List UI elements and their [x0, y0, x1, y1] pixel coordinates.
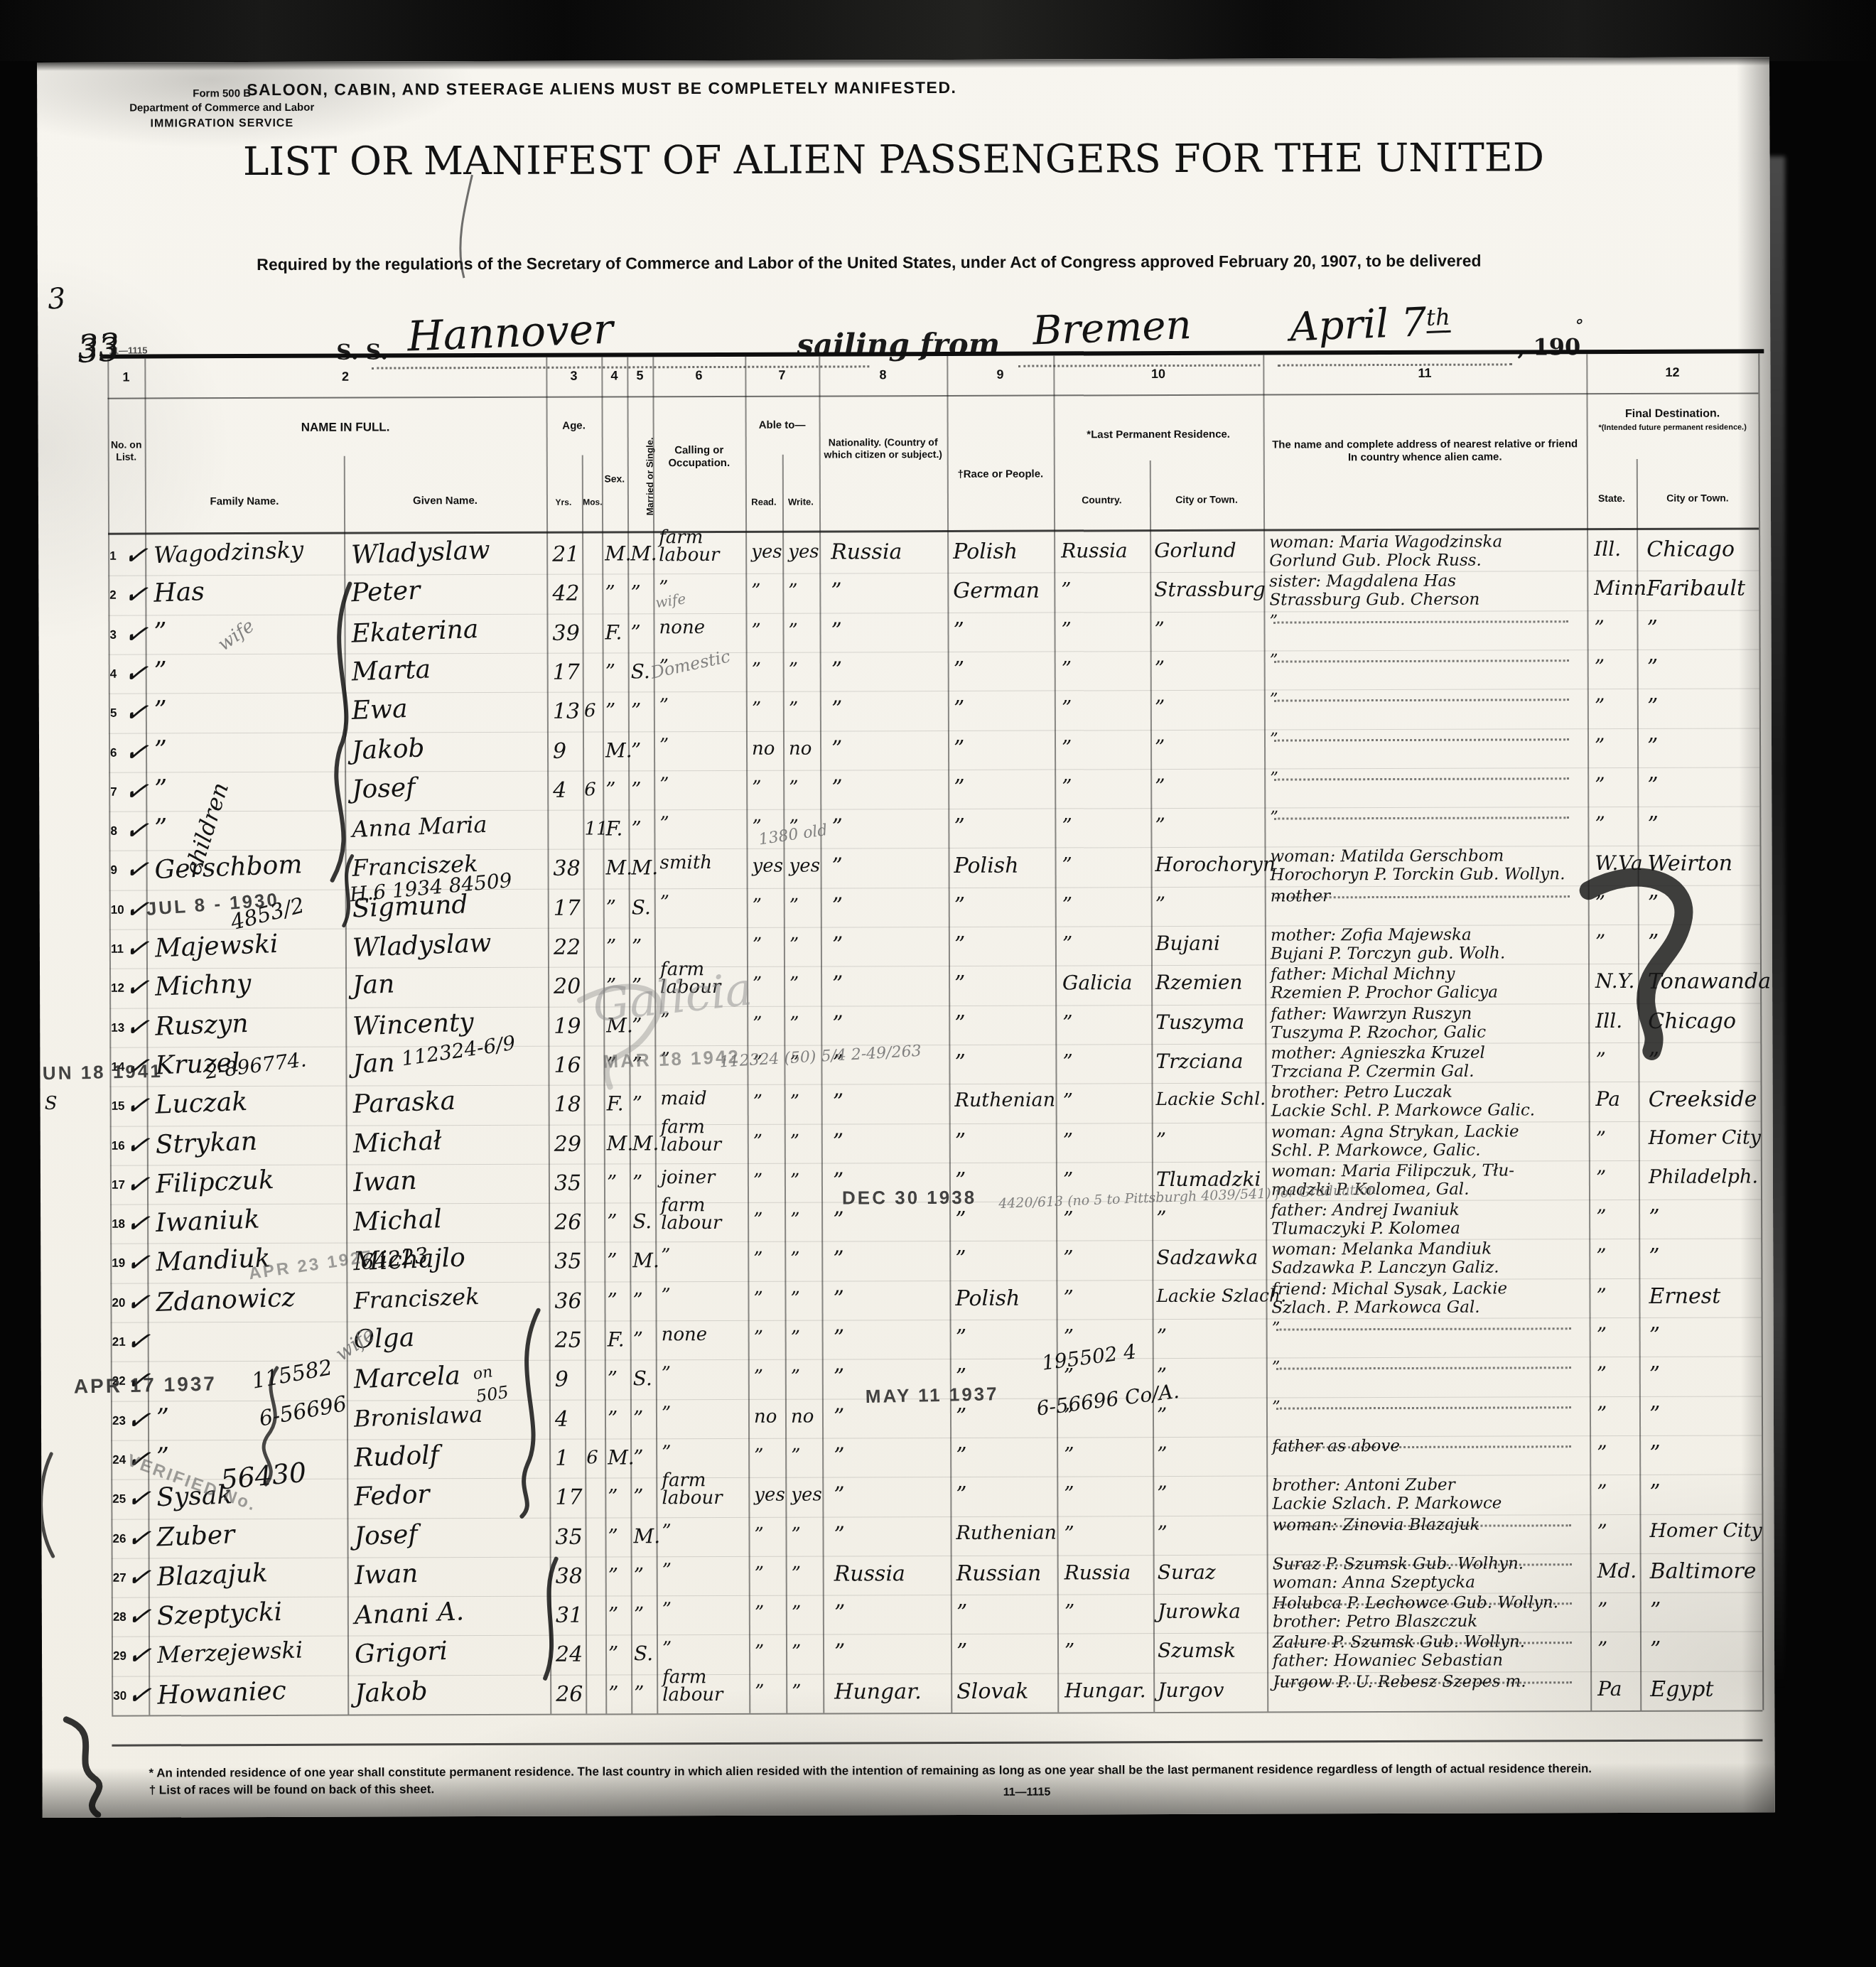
cell-sex: ”: [607, 1249, 617, 1273]
cell-sex: ”: [608, 1367, 618, 1391]
row-checkmark: ✓: [124, 1481, 152, 1516]
cell-read: yes: [753, 856, 784, 877]
cell-relative-line1: brother: Antoni Zuber: [1272, 1476, 1455, 1495]
cell-family-name: Howaniec: [156, 1676, 286, 1710]
cell-residence-country: ”: [1063, 1207, 1073, 1231]
relative-dotted-leader: [1274, 817, 1569, 819]
cell-relative-line1: brother: Petro Luczak: [1271, 1083, 1453, 1102]
cell-given-name: Rudolf: [353, 1440, 439, 1473]
cell-destination-state: ”: [1595, 694, 1605, 718]
form-department: Department of Commerce and Labor: [94, 102, 350, 114]
header-race: †Race or People.: [947, 468, 1054, 481]
cell-write: ”: [792, 1563, 801, 1584]
cell-destination-state: ”: [1597, 1441, 1607, 1465]
passenger-row-1: 1✓WagodzinskyWladyslaw21M.M.farm laboury…: [38, 531, 1759, 576]
cell-age-years: 1: [555, 1446, 568, 1471]
cell-residence-city: Bujani: [1155, 932, 1220, 955]
cell-sex: ”: [608, 1642, 618, 1666]
cell-residence-country: ”: [1062, 932, 1072, 955]
cell-residence-city: Jurgov: [1158, 1678, 1224, 1701]
row-checkmark: ✓: [124, 1245, 151, 1281]
cell-calling: ”: [661, 1248, 670, 1266]
column-number-1: 1: [107, 370, 144, 385]
cell-sex: ”: [606, 895, 616, 919]
cell-sex: ”: [607, 1288, 617, 1312]
cell-nationality: ”: [834, 1365, 844, 1390]
column-number-2: 2: [144, 369, 546, 385]
cell-calling: farm labour: [662, 1669, 723, 1704]
cell-nationality: ”: [833, 1286, 843, 1311]
cell-given-name: Michał: [352, 1126, 442, 1159]
cell-race: ”: [954, 696, 964, 721]
relative-dotted-leader: [1274, 777, 1569, 780]
cell-given-name: Wladyslaw: [350, 536, 490, 570]
row-checkmark: ✓: [125, 1677, 153, 1713]
cell-destination-state: Pa: [1596, 1087, 1620, 1111]
row-checkmark: ✓: [122, 813, 150, 848]
cell-residence-country: ”: [1062, 657, 1072, 680]
cell-destination-state: ”: [1597, 1637, 1607, 1661]
cell-relative-line2: Sadzawka P. Lanczyn Galiz.: [1271, 1259, 1499, 1278]
cell-age-years: 24: [556, 1642, 583, 1667]
cell-race: ”: [953, 618, 964, 642]
cell-race: Russian: [956, 1561, 1042, 1585]
cell-destination-city: Ernest: [1649, 1283, 1720, 1308]
cell-read: ”: [754, 1524, 763, 1545]
cell-given-name: Wladyslaw: [352, 929, 492, 963]
row-number: 30: [113, 1688, 126, 1703]
passenger-row-4: 4✓”Marta17”S.””””””””””: [39, 649, 1759, 694]
cell-residence-city: ”: [1157, 1403, 1167, 1427]
cell-age-years: 35: [554, 1170, 581, 1195]
cell-residence-city: ”: [1157, 1443, 1167, 1466]
cell-sex: F.: [607, 1092, 624, 1116]
cell-relative-line1: woman: Agna Strykan, Lackie: [1271, 1122, 1519, 1141]
cell-destination-city: Chicago: [1648, 1008, 1736, 1033]
cell-write: no: [789, 738, 812, 759]
cell-destination-city: ”: [1650, 1598, 1661, 1623]
cell-residence-city: Szumsk: [1158, 1639, 1236, 1662]
cell-residence-city: ”: [1155, 735, 1165, 759]
cell-read: ”: [754, 1445, 763, 1467]
cell-family-name: Merzejewski: [156, 1637, 303, 1669]
cell-married-single: S.: [631, 659, 650, 683]
cell-relative-line1: sister: Magdalena Has: [1269, 572, 1456, 591]
cell-age-years: 38: [556, 1563, 583, 1588]
row-number: 18: [112, 1217, 125, 1232]
sailing-from-label: sailing from: [797, 327, 1000, 362]
cell-sex: F.: [608, 1327, 625, 1351]
header-nationality: Nationality. (Country of which citizen o…: [822, 436, 944, 461]
cell-race: ”: [954, 735, 964, 760]
cell-sex: M.: [605, 541, 632, 565]
cell-calling: ”: [662, 1523, 671, 1541]
cell-residence-country: ”: [1064, 1482, 1074, 1506]
cell-married-single: S.: [633, 1367, 652, 1391]
cell-destination-city: ”: [1649, 1244, 1659, 1269]
header-given: Given Name.: [344, 495, 546, 508]
column-number-4: 4: [601, 368, 627, 383]
row-checkmark: ✓: [123, 970, 151, 1006]
cell-residence-city: ”: [1155, 696, 1165, 719]
handwritten-note-21: on: [472, 1363, 494, 1384]
cell-race: Polish: [954, 853, 1019, 878]
cell-read: no: [754, 1406, 777, 1427]
cell-family-name: Szeptycki: [156, 1597, 283, 1632]
cell-residence-city: ”: [1155, 657, 1165, 680]
cell-race: Ruthenian: [955, 1089, 1056, 1111]
row-number: 13: [111, 1020, 124, 1035]
cell-married-single: ”: [634, 1681, 644, 1705]
cell-nationality: Russia: [834, 1561, 905, 1586]
passenger-row-13: 13✓RuszynWincenty19M.”””””””Tuszymafathe…: [40, 1003, 1760, 1047]
cell-nationality: ”: [834, 1640, 845, 1665]
cell-nationality: ”: [833, 1090, 843, 1115]
cell-destination-city: ”: [1647, 733, 1658, 758]
row-number: 9: [111, 863, 118, 878]
cell-residence-country: ”: [1062, 696, 1072, 720]
cell-nationality: ”: [834, 1483, 844, 1508]
cell-nationality: Hungar.: [834, 1679, 922, 1704]
cell-family-name: ”: [153, 618, 168, 647]
row-number: 20: [112, 1295, 125, 1310]
cell-family-name: Filipczuk: [155, 1165, 274, 1199]
manifest-paper: Form 500 B Department of Commerce and La…: [37, 57, 1775, 1818]
sheet-number-hw: 33: [77, 325, 120, 366]
cell-given-name: Grigori: [354, 1637, 448, 1669]
cell-destination-state: ”: [1595, 891, 1605, 915]
cell-destination-state: ”: [1597, 1520, 1607, 1543]
cell-race: ”: [954, 1050, 965, 1075]
cell-residence-country: Hungar.: [1064, 1678, 1145, 1702]
cell-relative-line2: Lackie Szlach. P. Markowce: [1272, 1494, 1502, 1514]
row-checkmark: ✓: [125, 1638, 153, 1674]
cell-write: ”: [789, 934, 799, 956]
cell-write: ”: [792, 1681, 801, 1702]
cell-read: ”: [755, 1563, 764, 1585]
cell-age-years: 22: [554, 935, 581, 960]
row-number: 16: [112, 1138, 125, 1153]
passenger-row-20: 20✓ZdanowiczFranciszek36””””””Polish”Lac…: [41, 1278, 1761, 1322]
cell-destination-state: ”: [1596, 1127, 1606, 1150]
cell-married-single: ”: [634, 1563, 644, 1587]
cell-calling: joiner: [661, 1169, 716, 1187]
cell-destination-state: ”: [1595, 812, 1605, 836]
cell-age-years: 4: [555, 1406, 568, 1431]
cell-married-single: M.: [632, 1249, 659, 1273]
cell-sex: ”: [607, 1170, 617, 1194]
passenger-row-8: 8✓”Anna Maria11F.”””””””””””: [39, 806, 1759, 851]
row-number: 19: [112, 1256, 125, 1271]
cell-family-name: Zdanowicz: [156, 1283, 296, 1317]
cell-calling: none: [662, 1326, 708, 1344]
cell-race: ”: [955, 1246, 966, 1271]
cell-sex: M.: [605, 738, 632, 762]
cell-age-years: 19: [554, 1013, 581, 1038]
cell-calling: ”: [659, 815, 669, 833]
passenger-row-3: 3✓”Ekaterina39F.”none”””””””””: [38, 610, 1759, 654]
cell-write: ”: [790, 1288, 799, 1309]
cell-residence-city: Rzemien: [1155, 971, 1243, 994]
cell-nationality: ”: [832, 1011, 843, 1036]
cell-write: no: [791, 1406, 814, 1427]
paper-bottom-shadow: [43, 1762, 1775, 1818]
row-checkmark: ✓: [123, 1009, 151, 1045]
passenger-row-27: 27✓BlazajukIwan38”””””RussiaRussianRussi…: [42, 1553, 1762, 1597]
cell-nationality: ”: [831, 618, 841, 643]
row-number: 11: [111, 942, 124, 956]
cell-residence-country: Russia: [1061, 539, 1128, 562]
cell-given-name: Bronislawa: [353, 1400, 483, 1432]
date-stamp-18: APR 17 1937: [74, 1372, 217, 1398]
passenger-row-6: 6✓”Jakob9M.””nono”””””””: [39, 728, 1759, 772]
cell-race: ”: [954, 971, 965, 996]
cell-age-months: 11: [584, 819, 608, 840]
cell-age-years: 17: [554, 895, 581, 920]
cell-relative-line1: father: Michal Michny: [1271, 965, 1455, 984]
cell-age-years: 17: [553, 659, 580, 684]
cell-family-name: ”: [153, 775, 168, 804]
cell-read: ”: [754, 1327, 763, 1349]
cell-write: ”: [789, 777, 798, 798]
relative-dotted-leader: [1274, 738, 1569, 741]
year-flourish: ˚: [1573, 318, 1583, 341]
cell-family-name: ”: [153, 735, 168, 765]
cell-sex: M.: [606, 856, 633, 880]
cell-destination-city: ”: [1647, 655, 1658, 680]
cell-relative-line1: mother: Agnieszka Kruzel: [1271, 1043, 1485, 1062]
cell-read: ”: [755, 1642, 764, 1663]
cell-destination-city: ”: [1649, 1205, 1659, 1230]
cell-married-single: ”: [631, 738, 641, 762]
scanned-manifest-page: Form 500 B Department of Commerce and La…: [0, 0, 1876, 1967]
cell-family-name: Michny: [154, 969, 252, 1002]
cell-calling: ”: [662, 1562, 672, 1580]
cell-destination-city: ”: [1647, 773, 1658, 798]
cell-age-years: 26: [556, 1681, 583, 1706]
cell-married-single: ”: [632, 934, 642, 958]
header-name-group: NAME IN FULL.: [145, 420, 546, 436]
cell-write: ”: [792, 1602, 801, 1624]
cell-age-years: 29: [554, 1131, 581, 1156]
header-age-group: Age.: [546, 420, 602, 433]
cell-write: ”: [791, 1445, 800, 1467]
cell-nationality: Russia: [831, 539, 902, 564]
cell-married-single: S.: [632, 1209, 652, 1233]
cell-married-single: ”: [633, 1327, 643, 1351]
port-name: Bremen: [1032, 302, 1192, 354]
cell-destination-city: ”: [1649, 1362, 1660, 1387]
relative-dotted-leader: [1274, 659, 1569, 662]
relative-dotted-leader: [1277, 1681, 1572, 1684]
row-number: 2: [109, 588, 117, 603]
cell-race: ”: [955, 1207, 966, 1232]
cell-destination-state: ”: [1594, 616, 1604, 640]
row-number: 26: [112, 1531, 126, 1546]
cell-residence-country: ”: [1063, 1089, 1073, 1113]
cell-relative-line1: woman: Melanka Mandiuk: [1271, 1240, 1492, 1259]
cell-family-name: ”: [156, 1403, 170, 1433]
cell-married-single: ”: [633, 1406, 643, 1430]
cell-residence-city: Tuszyma: [1155, 1010, 1244, 1033]
cell-relative-line1: mother: Zofia Majewska: [1271, 926, 1472, 945]
cell-residence-country: ”: [1064, 1521, 1074, 1545]
cell-given-name: Paraska: [352, 1087, 456, 1119]
cell-race: Slovak: [956, 1678, 1028, 1703]
passenger-row-12: 12✓MichnyJan20””farm labour””””GaliciaRz…: [40, 964, 1760, 1008]
cell-write: ”: [790, 1209, 799, 1231]
page-title: LIST OR MANIFEST OF ALIEN PASSENGERS FOR…: [243, 134, 1544, 184]
cell-age-years: 39: [552, 620, 579, 645]
cell-family-name: Zuber: [156, 1520, 235, 1552]
row-checkmark: ✓: [123, 852, 151, 888]
cell-relative-line2: brother: Petro Blaszczuk: [1273, 1612, 1477, 1632]
cell-married-single: ”: [634, 1602, 644, 1626]
cell-married-single: ”: [630, 620, 640, 644]
table-number-rule: [107, 392, 1758, 399]
cell-relative-line1: father: Andrej Iwaniuk: [1271, 1201, 1460, 1220]
passenger-row-28: 28✓SzeptyckiAnani A.31””””””””JurowkaHol…: [42, 1592, 1762, 1637]
cell-residence-country: ”: [1062, 1050, 1072, 1073]
cell-given-name: Anani A.: [354, 1597, 465, 1631]
header-write: Write.: [780, 497, 822, 508]
cell-read: ”: [752, 659, 761, 681]
cell-destination-city: Weirton: [1647, 851, 1732, 876]
relative-dotted-leader: [1277, 1563, 1572, 1566]
cell-relative-line2: Tlumaczyki P. Kolomea: [1271, 1219, 1460, 1239]
cell-destination-state: ”: [1597, 1598, 1607, 1622]
header-city-res: City or Town.: [1150, 494, 1263, 507]
cell-residence-city: Jurowka: [1158, 1600, 1241, 1623]
cell-family-name: Wagodzinsky: [153, 536, 304, 568]
cell-residence-city: Suraz: [1158, 1561, 1216, 1584]
cell-destination-city: Egypt: [1650, 1676, 1713, 1701]
cell-family-name: Majewski: [154, 929, 279, 964]
cell-age-months: 6: [586, 1447, 598, 1468]
cell-race: German: [953, 578, 1040, 603]
cell-nationality: ”: [833, 1247, 843, 1272]
row-checkmark: ✓: [122, 577, 149, 613]
cell-given-name: Jan: [352, 970, 395, 1001]
cell-read: ”: [753, 934, 762, 956]
row-number: 8: [110, 824, 117, 839]
cell-destination-city: ”: [1648, 930, 1659, 955]
cell-family-name: ”: [153, 696, 168, 726]
column-number-12: 12: [1586, 365, 1758, 380]
cell-sex: ”: [608, 1563, 618, 1587]
column-number-8: 8: [819, 367, 947, 383]
cell-calling: ”: [659, 737, 669, 755]
cell-destination-state: Md.: [1597, 1559, 1637, 1583]
cell-residence-city: ”: [1156, 1128, 1166, 1152]
cell-sex: ”: [608, 1603, 618, 1627]
cell-destination-state: Ill.: [1595, 1009, 1622, 1033]
cell-write: ”: [791, 1367, 800, 1388]
cell-relative-line2: Trzciana P. Czermin Gal.: [1271, 1062, 1474, 1082]
cell-nationality: ”: [834, 1443, 844, 1468]
row-checkmark: ✓: [122, 616, 150, 652]
date-stamp-6: JUN 18 1941: [37, 1060, 163, 1085]
cell-write: ”: [789, 699, 798, 720]
cell-given-name: Peter: [351, 576, 421, 608]
cell-age-years: 20: [554, 974, 581, 999]
passenger-row-5: 5✓”Ewa136””””””””””””: [39, 689, 1759, 733]
relative-dotted-leader: [1277, 1642, 1572, 1645]
cell-residence-country: Russia: [1064, 1561, 1131, 1584]
cell-write: ”: [789, 1013, 799, 1034]
cell-residence-city: ”: [1157, 1521, 1167, 1545]
cell-read: ”: [753, 974, 762, 995]
cell-race: Polish: [953, 539, 1018, 564]
column-number-7: 7: [745, 368, 819, 383]
cell-residence-country: ”: [1063, 1168, 1073, 1191]
column-number-10: 10: [1053, 367, 1263, 382]
cell-married-single: ”: [631, 777, 641, 801]
cell-residence-city: ”: [1156, 1207, 1166, 1230]
cell-destination-state: ”: [1597, 1362, 1607, 1386]
cell-read: ”: [754, 1367, 763, 1388]
cell-residence-country: ”: [1063, 1246, 1073, 1270]
cell-relative-line2: Horochoryn P. Torckin Gub. Wollyn.: [1271, 866, 1565, 885]
cell-married-single: ”: [630, 581, 640, 605]
cell-relative-line2: Szlach. P. Markowca Gal.: [1271, 1298, 1479, 1317]
cell-calling: ”: [662, 1366, 671, 1384]
cell-calling: ”: [662, 1641, 672, 1659]
cell-destination-city: ”: [1650, 1637, 1661, 1662]
cell-destination-city: Chicago: [1646, 537, 1735, 561]
cell-destination-city: ”: [1649, 1480, 1660, 1505]
cell-read: yes: [751, 541, 782, 563]
column-number-5: 5: [627, 368, 652, 383]
cell-destination-state: N.Y.: [1595, 969, 1634, 993]
cell-race: Ruthenian: [956, 1521, 1057, 1543]
cell-given-name: Jan: [352, 1048, 396, 1079]
cell-residence-country: ”: [1064, 1325, 1074, 1348]
row-checkmark: ✓: [124, 1284, 152, 1320]
cell-race: ”: [956, 1403, 966, 1428]
cell-residence-city: Gorlund: [1154, 539, 1236, 562]
cell-write: ”: [790, 1170, 799, 1191]
cell-read: ”: [753, 1092, 762, 1113]
row-checkmark: ✓: [122, 538, 149, 573]
cell-read: ”: [751, 620, 760, 641]
row-checkmark: ✓: [124, 1088, 151, 1123]
cell-race: ”: [956, 1325, 966, 1350]
cell-write: yes: [789, 856, 821, 877]
cell-family-name: Ruszyn: [155, 1008, 249, 1041]
row-number: 15: [112, 1099, 125, 1114]
footer-rule: [112, 1739, 1762, 1746]
cell-residence-country: ”: [1063, 1286, 1073, 1309]
cell-race: ”: [954, 814, 964, 839]
cell-write: ”: [790, 1131, 799, 1152]
cell-nationality: ”: [831, 579, 841, 604]
cell-race: ”: [956, 1443, 966, 1468]
cell-relative-line2: Gorlund Gub. Plock Russ.: [1269, 551, 1482, 571]
cell-age-years: 36: [554, 1288, 581, 1313]
cell-calling: ”: [662, 1601, 672, 1619]
passenger-row-29: 29✓MerzejewskiGrigori24”S.””””””SzumskZa…: [42, 1632, 1762, 1676]
cell-write: ”: [789, 659, 798, 681]
cell-residence-city: Strassburg: [1154, 578, 1266, 601]
cell-relative-line1: friend: Michal Sysak, Lackie: [1271, 1279, 1507, 1298]
row-number: 24: [112, 1453, 126, 1467]
cell-residence-country: ”: [1062, 775, 1072, 798]
cell-sex: F.: [605, 620, 622, 644]
cell-write: ”: [790, 1092, 799, 1113]
cell-destination-city: ”: [1647, 812, 1658, 837]
cell-destination-city: ”: [1649, 1441, 1660, 1466]
